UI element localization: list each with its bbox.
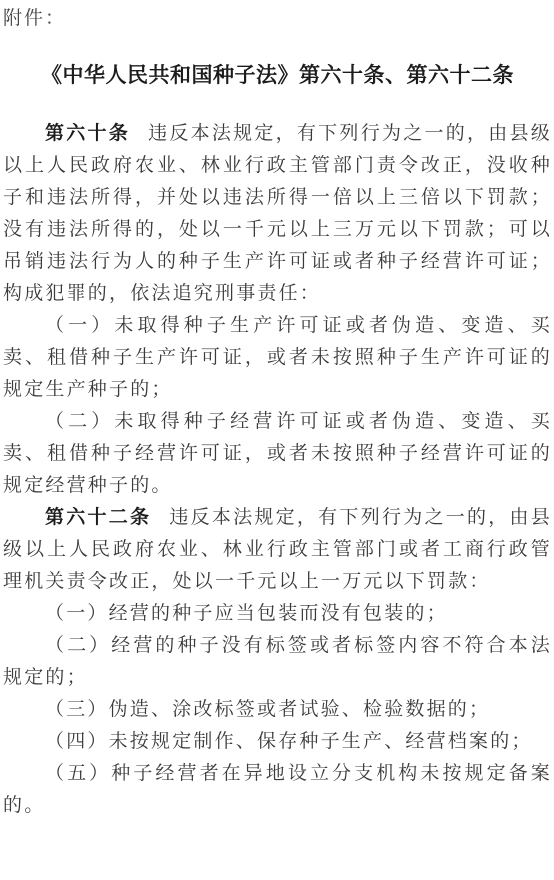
article-62-item-2: （二）经营的种子没有标签或者标签内容不符合本法规定的； (3, 630, 552, 694)
page-title: 《中华人民共和国种子法》第六十条、第六十二条 (3, 60, 552, 90)
article-62-item-3: （三）伪造、涂改标签或者试验、检验数据的； (3, 694, 552, 726)
article-60-term: 第六十条 (45, 123, 130, 144)
article-62-item-5: （五）种子经营者在异地设立分支机构未按规定备案的。 (3, 758, 552, 822)
article-62-term: 第六十二条 (45, 507, 151, 528)
article-60-intro-paragraph: 第六十条违反本法规定，有下列行为之一的，由县级以上人民政府农业、林业行政主管部门… (3, 118, 552, 310)
attachment-label: 附件： (3, 6, 552, 32)
article-62-item-4: （四）未按规定制作、保存种子生产、经营档案的； (3, 726, 552, 758)
article-60-intro-text: 违反本法规定，有下列行为之一的，由县级以上人民政府农业、林业行政主管部门责令改正… (3, 123, 552, 304)
article-60-item-2: （二）未取得种子经营许可证或者伪造、变造、买卖、租借种子经营许可证，或者未按照种… (3, 406, 552, 502)
document-page: 附件： 《中华人民共和国种子法》第六十条、第六十二条 第六十条违反本法规定，有下… (0, 0, 554, 880)
document-body: 第六十条违反本法规定，有下列行为之一的，由县级以上人民政府农业、林业行政主管部门… (3, 118, 552, 822)
article-62-intro-paragraph: 第六十二条违反本法规定，有下列行为之一的，由县级以上人民政府农业、林业行政主管部… (3, 502, 552, 598)
article-62-item-1: （一）经营的种子应当包装而没有包装的； (3, 598, 552, 630)
article-60-item-1: （一）未取得种子生产许可证或者伪造、变造、买卖、租借种子生产许可证，或者未按照种… (3, 310, 552, 406)
